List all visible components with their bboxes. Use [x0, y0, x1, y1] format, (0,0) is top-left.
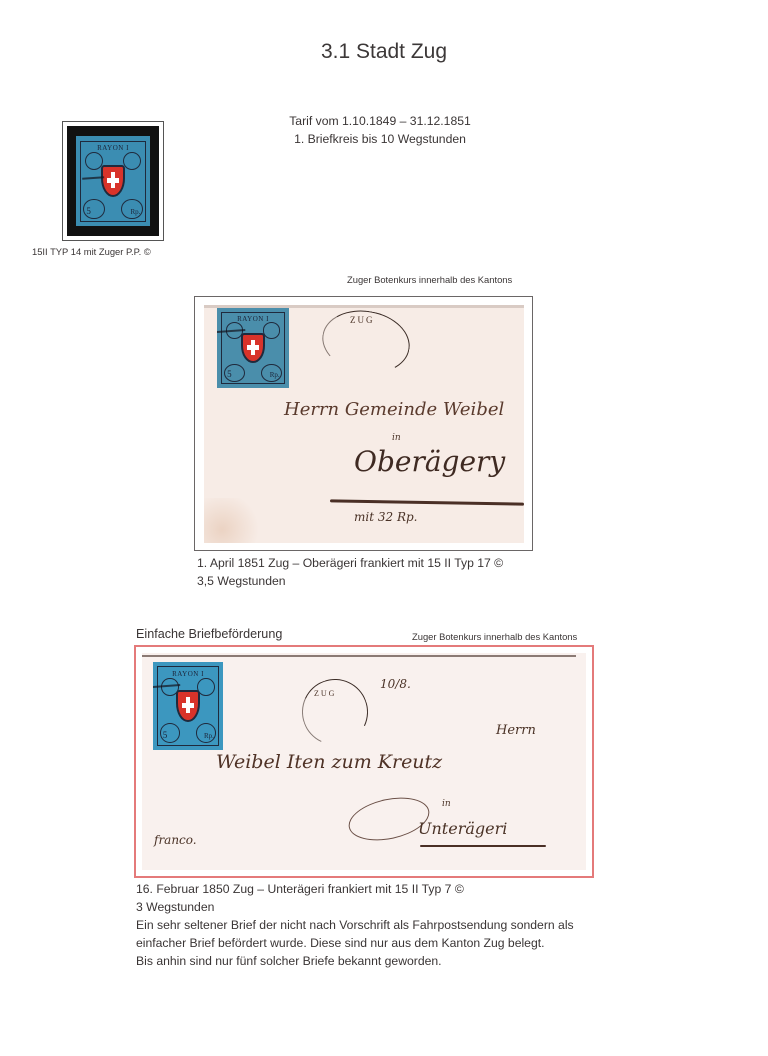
single-stamp-caption: 15II TYP 14 mit Zuger P.P. © [32, 246, 151, 257]
stamp-image: RAYON I 5 Rp. [76, 136, 150, 226]
cover2-address-line3: in [442, 799, 451, 809]
cover2-description-line1: Ein sehr seltener Brief der nicht nach V… [136, 916, 574, 934]
cover2-highlight-frame: RAYON I 5 Rp. ZUG 10/8. Herrn Weibel Ite… [134, 645, 594, 878]
page-title: 3.1 Stadt Zug [0, 40, 768, 64]
tariff-info: Tarif vom 1.10.1849 – 31.12.1851 1. Brie… [250, 112, 510, 148]
cover2-docket: 10/8. [380, 677, 411, 691]
section-title: Einfache Briefbeförderung [136, 627, 282, 641]
cover2-description-line2: einfacher Brief befördert wurde. Diese s… [136, 934, 574, 952]
cover1-address-line4: mit 32 Rp. [354, 510, 417, 524]
cover1-address-line2: in [392, 433, 401, 443]
cover2-address-line2: Weibel Iten zum Kreutz [216, 751, 442, 773]
cover2-description-line3: Bis anhin sind nur fünf solcher Briefe b… [136, 952, 574, 970]
cover1-address-line3: Oberägery [354, 445, 505, 478]
cover2-stamp: RAYON I 5 Rp. [153, 662, 223, 750]
cover1-stamp: RAYON I 5 Rp. [217, 308, 289, 388]
single-stamp-mount: RAYON I 5 Rp. [62, 121, 164, 241]
cover1-caption: 1. April 1851 Zug – Oberägeri frankiert … [197, 554, 503, 590]
cover2-franco: franco. [154, 833, 197, 847]
cover2-caption-line2: 3 Wegstunden [136, 898, 574, 916]
cover2-envelope: RAYON I 5 Rp. ZUG 10/8. Herrn Weibel Ite… [142, 653, 586, 870]
cover1-mount: RAYON I 5 Rp. ZUG Herrn Gemeinde Weibel … [194, 296, 533, 551]
cover2-caption: 16. Februar 1850 Zug – Unterägeri franki… [136, 880, 574, 970]
cover2-route-label: Zuger Botenkurs innerhalb des Kantons [412, 631, 577, 642]
cover1-address-line1: Herrn Gemeinde Weibel [284, 399, 504, 420]
cover2-address-line1: Herrn [496, 723, 536, 738]
cover1-route-label: Zuger Botenkurs innerhalb des Kantons [347, 274, 512, 285]
cover2-address-line4: Unterägeri [418, 819, 507, 838]
cover2-postmark [293, 670, 378, 755]
cover2-caption-line1: 16. Februar 1850 Zug – Unterägeri franki… [136, 880, 574, 898]
cover1-caption-line1: 1. April 1851 Zug – Oberägeri frankiert … [197, 554, 503, 572]
tariff-zone: 1. Briefkreis bis 10 Wegstunden [250, 130, 510, 148]
tariff-period: Tarif vom 1.10.1849 – 31.12.1851 [250, 112, 510, 130]
cover1-caption-line2: 3,5 Wegstunden [197, 572, 503, 590]
cover1-envelope: RAYON I 5 Rp. ZUG Herrn Gemeinde Weibel … [204, 305, 524, 543]
